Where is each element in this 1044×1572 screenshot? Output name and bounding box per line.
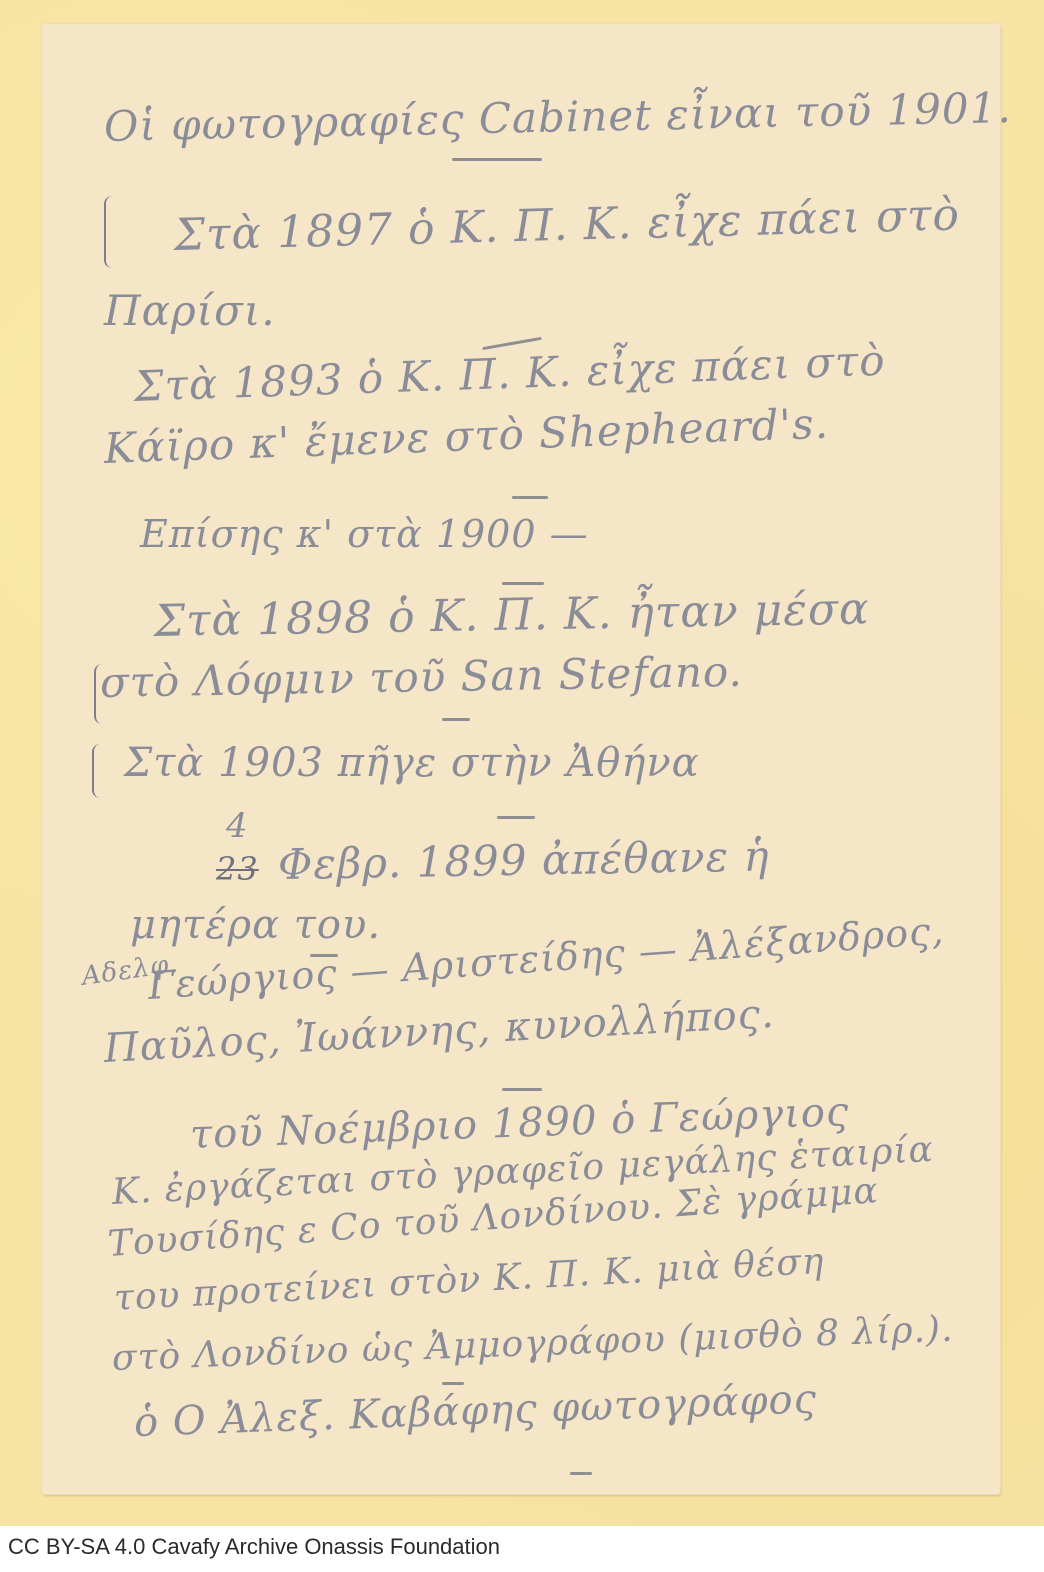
date-correction-struck: 23 bbox=[216, 850, 259, 888]
note-line-7: Στὰ 1898 ὁ Κ. Π. Κ. ἦταν μέσα bbox=[154, 584, 871, 647]
copyright-credit: CC BY-SA 4.0 Cavafy Archive Onassis Foun… bbox=[8, 1534, 500, 1560]
note-line-6: Επίσης κ' στὰ 1900 — bbox=[140, 512, 589, 556]
separator-rule bbox=[497, 816, 535, 819]
separator-rule bbox=[570, 1472, 592, 1475]
note-line-18: στὸ Λονδίνο ὡς Ἀμμογράφου (μισθὸ 8 λίρ.)… bbox=[111, 1309, 954, 1379]
paper-sheet: Οἱ φωτογραφίες Cabinet εἶναι τοῦ 1901. Σ… bbox=[42, 24, 1000, 1494]
note-line-10: Φεβρ. 1899 ἀπέθανε ἡ bbox=[278, 831, 770, 889]
margin-bracket-3 bbox=[92, 744, 104, 798]
separator-rule bbox=[442, 1382, 464, 1385]
separator-rule bbox=[442, 718, 470, 721]
note-line-1: Οἱ φωτογραφίες Cabinet εἶναι τοῦ 1901. bbox=[103, 83, 1012, 151]
margin-bracket-1 bbox=[104, 196, 116, 268]
date-correction-new: 4 bbox=[226, 806, 249, 846]
footer-bar: CC BY-SA 4.0 Cavafy Archive Onassis Foun… bbox=[0, 1526, 1044, 1572]
separator-rule bbox=[502, 582, 544, 585]
separator-rule bbox=[452, 158, 542, 161]
note-line-5: Κάϊρο κ' ἔμενε στὸ Shepheard's. bbox=[103, 399, 830, 473]
note-line-8: στὸ Λόφμιν τοῦ San Stefano. bbox=[100, 647, 744, 707]
note-line-11: μητέρα του. bbox=[130, 902, 381, 948]
separator-rule bbox=[512, 496, 548, 499]
note-line-9: Στὰ 1903 πῆγε στὴν Ἀθήνα bbox=[124, 740, 700, 786]
note-line-19: ὁ Ο Ἀλεξ. Καβάφης φωτογράφος bbox=[133, 1376, 818, 1446]
note-line-2: Στὰ 1897 ὁ Κ. Π. Κ. εἶχε πάει στὸ bbox=[173, 189, 960, 261]
note-line-3: Παρίσι. bbox=[104, 286, 276, 335]
separator-rule bbox=[502, 1088, 542, 1091]
